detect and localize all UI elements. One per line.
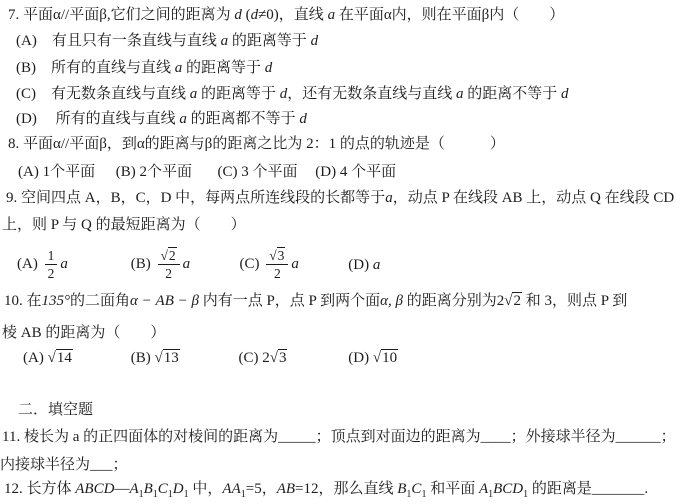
- question-10-option-d: (D) √10: [348, 348, 398, 368]
- question-7-option-a: (A) 有且只有一条直线与直线 a 的距离等于 d: [16, 31, 318, 51]
- question-8-option-b: (B) 2个平面: [116, 162, 214, 182]
- question-9-option-c: (C) √32a: [240, 247, 345, 282]
- question-11-line-2: 内接球半径为___；: [0, 455, 128, 475]
- question-7-option-b: (B) 所有的直线与直线 a 的距离等于 d: [16, 58, 272, 78]
- question-9-stem-line-1: 9. 空间四点 A，B，C，D 中，每两点所连线段的长都等于a，动点 P 在线段…: [6, 188, 674, 208]
- question-7-stem: 7. 平面α//平面β,它们之间的距离为 d (d≠0)，直线 a 在平面α内，…: [8, 5, 564, 25]
- question-10-options-row: (A) √14 (B) √13 (C) 2√3 (D) √10: [23, 347, 398, 368]
- question-11-line-1: 11. 棱长为 a 的正四面体的对棱间的距离为_____；顶点到对面边的距离为_…: [2, 427, 676, 447]
- question-9-options-row: (A) 12a (B) √22a (C) √32a (D) a: [17, 247, 380, 282]
- question-8-stem: 8. 平面α//平面β，到α的距离与β的距离之比为 2：1 的点的轨迹是（ ）: [8, 134, 505, 154]
- question-8-option-a: (A) 1个平面: [18, 162, 112, 182]
- question-9-stem-line-2: 上，则 P 与 Q 的最短距离为（ ）: [2, 215, 246, 235]
- question-9-option-a: (A) 12a: [17, 247, 127, 282]
- question-10-option-c: (C) 2√3: [239, 348, 345, 368]
- question-9-option-b: (B) √22a: [131, 247, 236, 282]
- question-10-option-b: (B) √13: [131, 348, 235, 368]
- question-8-option-c: (C) 3 个平面: [218, 162, 312, 182]
- question-7-option-d: (D) 所有的直线与直线 a 的距离都不等于 d: [16, 109, 307, 129]
- question-9-option-d: (D) a: [348, 255, 380, 275]
- question-10-stem-line-2: 棱 AB 的距离为（ ）: [2, 323, 165, 343]
- section-2-heading: 二．填空题: [18, 400, 93, 420]
- question-8-option-d: (D) 4 个平面: [315, 162, 396, 182]
- question-10-stem-line-1: 10. 在135°的二面角α − AB − β 内有一点 P，点 P 到两个面α…: [4, 291, 627, 311]
- exam-document-page: 7. 平面α//平面β,它们之间的距离为 d (d≠0)，直线 a 在平面α内，…: [0, 0, 683, 504]
- question-12-line: 12. 长方体 ABCD—A1B1C1D1 中，AA1=5，AB=12，那么直线…: [4, 479, 648, 499]
- question-8-options-row: (A) 1个平面 (B) 2个平面 (C) 3 个平面 (D) 4 个平面: [18, 161, 396, 182]
- question-7-option-c: (C) 有无数条直线与直线 a 的距离等于 d，还有无数条直线与直线 a 的距离…: [16, 84, 569, 104]
- question-10-option-a: (A) √14: [23, 348, 127, 368]
